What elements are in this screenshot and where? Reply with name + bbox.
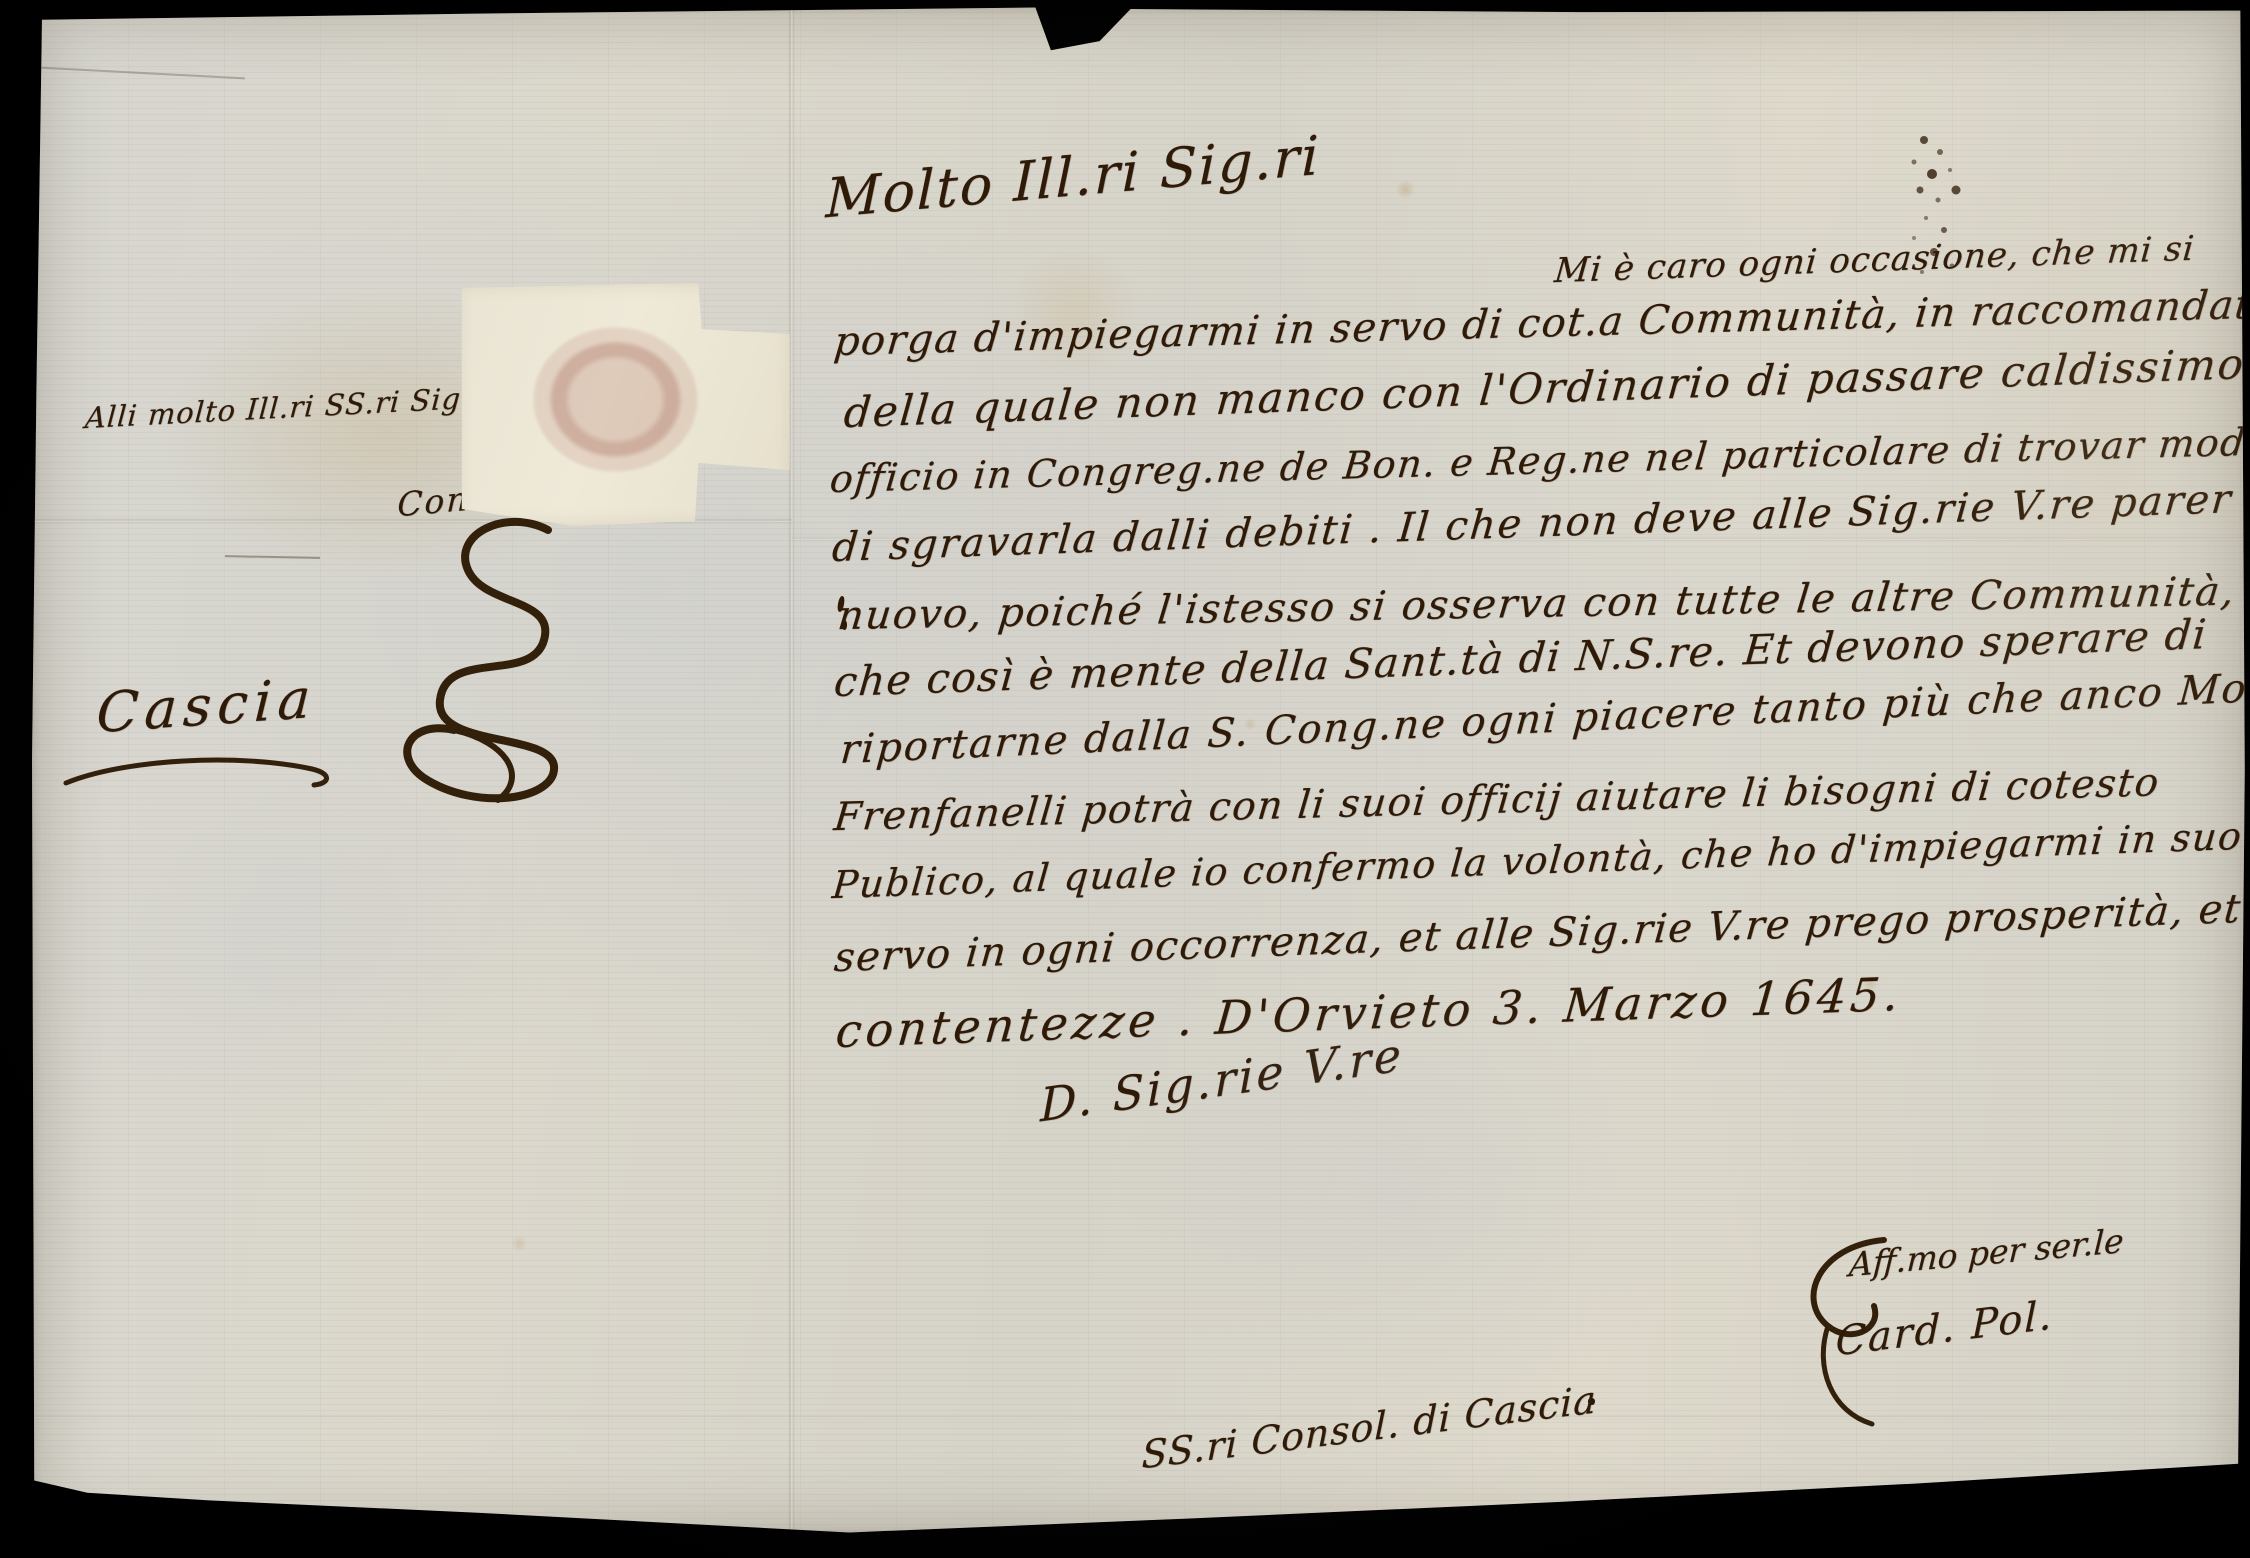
signature-name: Card. Pol. xyxy=(1835,1295,2054,1362)
paper-edge-crack xyxy=(40,67,245,80)
signature-courtesy-line: Aff.mo per ser.le xyxy=(1848,1224,2124,1281)
ink-speck xyxy=(842,620,847,630)
salutation: Molto Ill.ri Sig.ri xyxy=(825,129,1321,227)
letter-line: Mi è caro ogni occasione, che mi si xyxy=(1553,232,2196,288)
ink-speck xyxy=(1588,1398,1595,1405)
letter-paper: Alli molto Ill.ri SS.ri Sig.ri Consoli d… xyxy=(32,6,2247,1534)
paraph-flourish xyxy=(358,516,598,816)
address-line-place: Cascia xyxy=(95,671,318,742)
photo-background: Alli molto Ill.ri SS.ri Sig.ri Consoli d… xyxy=(0,0,2250,1558)
wax-seal-impression xyxy=(533,327,698,472)
letter-line: servo in ogni occorrenza, et alle Sig.ri… xyxy=(832,889,2243,978)
horizontal-fold-crease-bottom xyxy=(32,1414,2247,1420)
address-line-recipients: Alli molto Ill.ri SS.ri Sig.ri xyxy=(84,382,497,433)
paper-scratch xyxy=(225,555,320,559)
docket-line: SS.ri Consol. di Cascia xyxy=(1141,1380,1597,1474)
vertical-fold-crease xyxy=(788,6,795,1534)
paper-seal-patch xyxy=(455,283,793,526)
cascia-underline-swash xyxy=(60,751,340,795)
